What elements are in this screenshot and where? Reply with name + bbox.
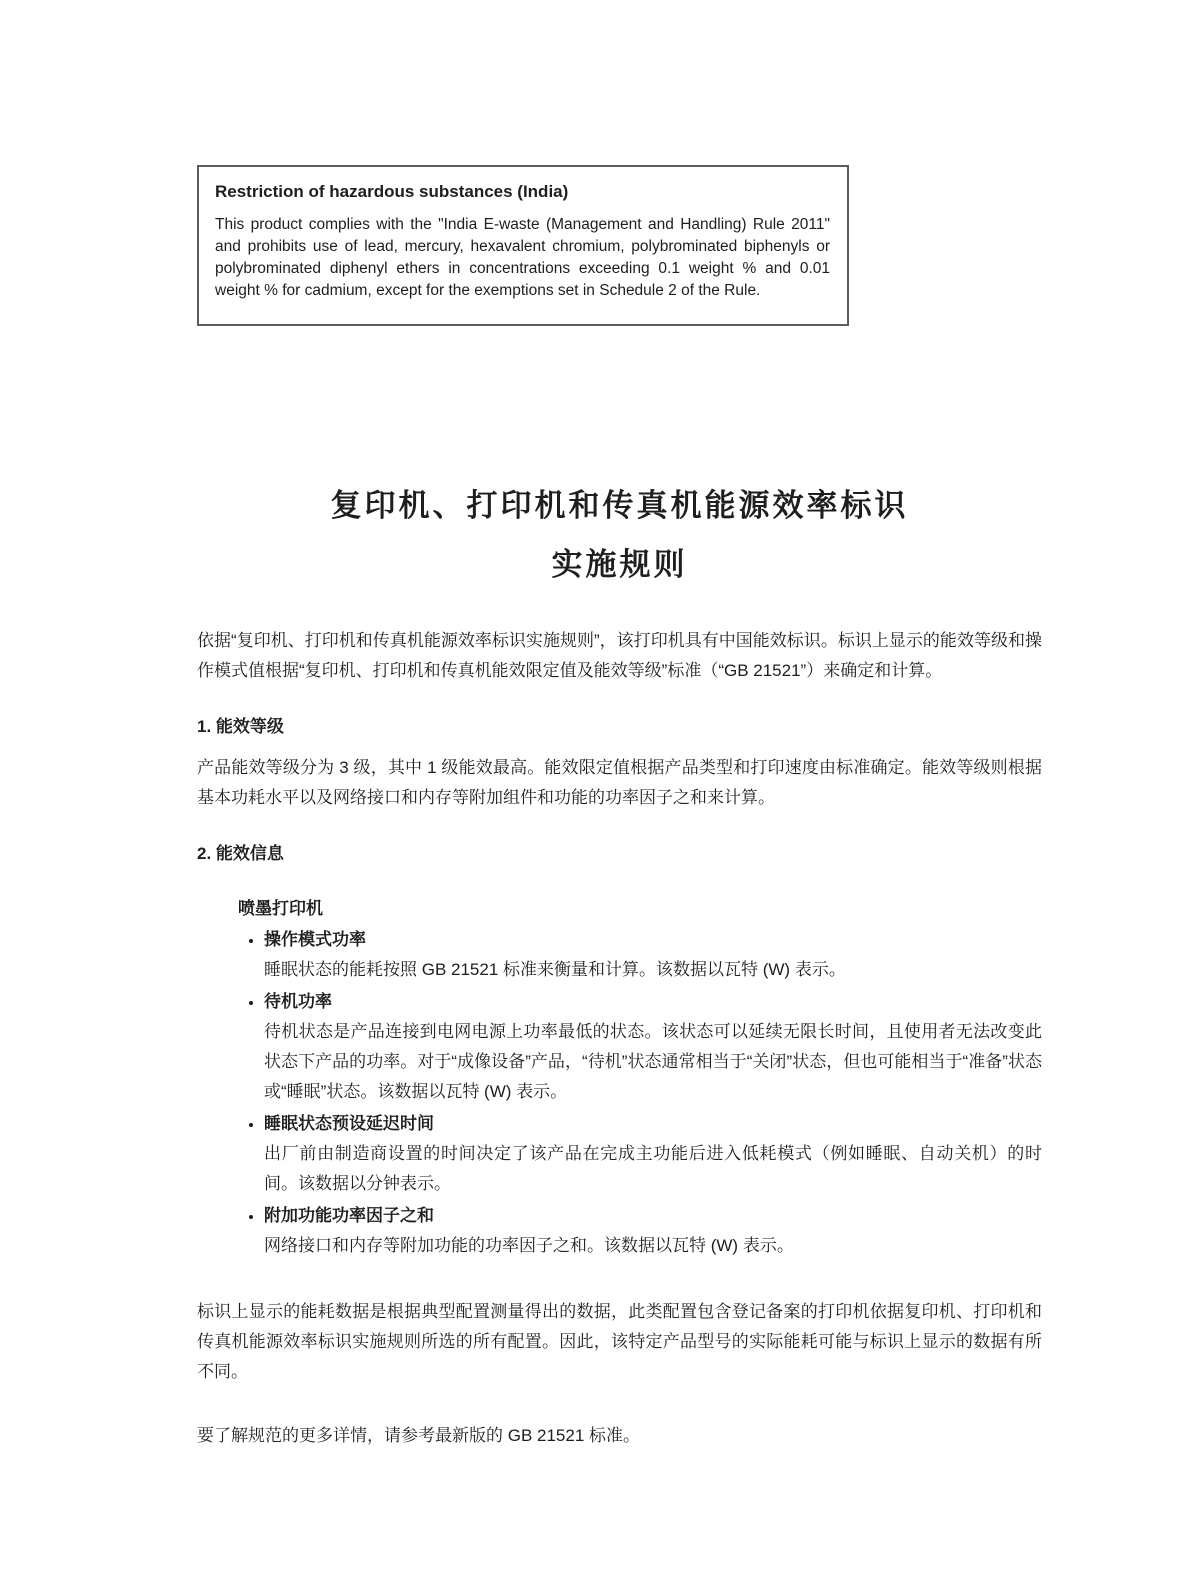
closing-paragraph-typical-configuration: 标识上显示的能耗数据是根据典型配置测量得出的数据，此类配置包含登记备案的打印机依… <box>197 1297 1042 1387</box>
document-title-line1: 复印机、打印机和传真机能源效率标识 <box>197 476 1042 535</box>
document-title-line2: 实施规则 <box>197 535 1042 594</box>
energy-info-bullet-list: 操作模式功率 睡眠状态的能耗按照 GB 21521 标准来衡量和计算。该数据以瓦… <box>197 925 1042 1261</box>
page-content: Restriction of hazardous substances (Ind… <box>197 0 1042 1468</box>
bullet-title: 附加功能功率因子之和 <box>264 1201 1042 1231</box>
bullet-title: 操作模式功率 <box>264 925 1042 955</box>
bullet-standby-power: 待机功率 待机状态是产品连接到电网电源上功率最低的状态。该状态可以延续无限长时间… <box>264 987 1042 1107</box>
bullet-title: 待机功率 <box>264 987 1042 1017</box>
rohs-box-title: Restriction of hazardous substances (Ind… <box>215 182 830 202</box>
section1-heading: 1. 能效等级 <box>197 712 1042 737</box>
bullet-body: 网络接口和内存等附加功能的功率因子之和。该数据以瓦特 (W) 表示。 <box>264 1231 1042 1261</box>
intro-paragraph: 依据“复印机、打印机和传真机能源效率标识实施规则”，该打印机具有中国能效标识。标… <box>197 626 1042 686</box>
rohs-box-body: This product complies with the "India E-… <box>215 214 830 302</box>
closing-paragraph-gb21521-reference: 要了解规范的更多详情，请参考最新版的 GB 21521 标准。 <box>197 1421 1042 1451</box>
section1-body: 产品能效等级分为 3 级，其中 1 级能效最高。能效限定值根据产品类型和打印速度… <box>197 753 1042 813</box>
bullet-body: 睡眠状态的能耗按照 GB 21521 标准来衡量和计算。该数据以瓦特 (W) 表… <box>264 955 1042 985</box>
section2-subheading: 喷墨打印机 <box>238 894 1042 919</box>
bullet-additional-power-factors: 附加功能功率因子之和 网络接口和内存等附加功能的功率因子之和。该数据以瓦特 (W… <box>264 1201 1042 1261</box>
section2-heading: 2. 能效信息 <box>197 839 1042 864</box>
rohs-india-box: Restriction of hazardous substances (Ind… <box>197 165 849 326</box>
bullet-operating-mode-power: 操作模式功率 睡眠状态的能耗按照 GB 21521 标准来衡量和计算。该数据以瓦… <box>264 925 1042 985</box>
bullet-title: 睡眠状态预设延迟时间 <box>264 1109 1042 1139</box>
document-page: Restriction of hazardous substances (Ind… <box>0 0 1189 1584</box>
bullet-body: 出厂前由制造商设置的时间决定了该产品在完成主功能后进入低耗模式（例如睡眠、自动关… <box>264 1139 1042 1199</box>
document-title: 复印机、打印机和传真机能源效率标识 实施规则 <box>197 476 1042 594</box>
bullet-body: 待机状态是产品连接到电网电源上功率最低的状态。该状态可以延续无限长时间，且使用者… <box>264 1017 1042 1107</box>
bullet-sleep-delay-time: 睡眠状态预设延迟时间 出厂前由制造商设置的时间决定了该产品在完成主功能后进入低耗… <box>264 1109 1042 1199</box>
